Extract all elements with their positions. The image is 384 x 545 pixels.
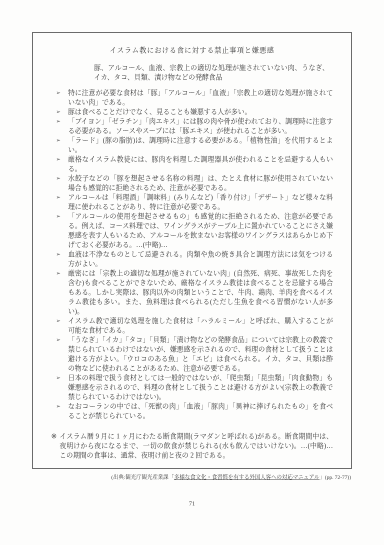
citation-prefix: (出典:観光庁観光産業課「 — [111, 475, 174, 481]
citation-line: (出典:観光庁観光産業課「多様な食文化・食習慣を有する外国人客への対応マニュアル… — [111, 474, 351, 482]
arrow-bullet-icon: ➢ — [56, 88, 61, 98]
bullet-item: ➢「うなぎ」「イカ」「タコ」「貝類」「漬け物などの発酵食品」については宗教上の教… — [51, 335, 333, 373]
bullet-text: 「ラード」(豚の脂肪)は、調理時に注意する必要がある。「植物性油」を代用するとよ… — [68, 137, 333, 154]
citation-link[interactable]: 多様な食文化・食習慣を有する外国人客への対応マニュアル — [174, 475, 320, 481]
arrow-bullet-icon: ➢ — [56, 269, 61, 279]
bullet-text: 厳密には「宗教上の適切な処理が施されていない肉」(自然死、病死、事故死した肉を含… — [68, 270, 333, 316]
bullet-item: ➢豚は食べることだけでなく、見ることも嫌悪する人が多い。 — [51, 107, 333, 117]
arrow-bullet-icon: ➢ — [56, 212, 61, 222]
arrow-bullet-icon: ➢ — [56, 402, 61, 412]
bullet-text: 「うなぎ」「イカ」「タコ」「貝類」「漬け物などの発酵食品」については宗教上の教義… — [68, 336, 333, 372]
arrow-bullet-icon: ➢ — [56, 174, 61, 184]
footnote: ※イスラム暦 9 月に 1 ヶ月にわたる断食期間(ラマダンと呼ばれる)がある。断… — [51, 432, 333, 461]
bullet-text: イスラム教で適切な処理を施した食材は「ハラルミール」と呼ばれ、購入することが可能… — [68, 317, 333, 334]
arrow-bullet-icon: ➢ — [56, 117, 61, 127]
bullet-text: 厳格なイスラム教徒には、豚肉を料理した調理器具が使われることを忌避する人もいる。 — [68, 156, 333, 173]
bullet-text: 血液は不浄なものとして忌避される。肉類や魚の焼き具合と調理方法には気をつける方が… — [68, 251, 333, 268]
bullet-text: アルコールは「料理酒」「調味料」(みりんなど)「香り付け」「デザート」など様々な… — [68, 194, 333, 211]
page-number: 71 — [0, 500, 384, 508]
bullet-item: ➢日本の料理で扱う食材としては一般的ではないが、「爬虫類」「昆虫類」「肉食動物」… — [51, 373, 333, 402]
document-title: イスラム教における食に対する禁止事項と嫌悪感 — [51, 46, 333, 56]
arrow-bullet-icon: ➢ — [56, 193, 61, 203]
bullet-text: 日本の料理で扱う食材としては一般的ではないが、「爬虫類」「昆虫類」「肉食動物」も… — [68, 374, 333, 401]
bullet-item: ➢アルコールは「料理酒」「調味料」(みりんなど)「香り付け」「デザート」など様々… — [51, 193, 333, 212]
arrow-bullet-icon: ➢ — [56, 155, 61, 165]
document-page: イスラム教における食に対する禁止事項と嫌悪感 豚、アルコール、血液、宗教上の適切… — [0, 0, 384, 545]
bullet-text: 特に注意が必要な食材は「豚」「アルコール」「血液」「宗教上の適切な処理が施されて… — [68, 89, 333, 106]
citation-suffix: 」(pp. 72-77)) — [320, 475, 351, 481]
bullet-text: 「アルコールの使用を想起させるもの」も感覚的に拒絶されるため、注意が必要である。… — [68, 213, 333, 249]
bullet-text: 水餃子などの「豚を想起させる名称の料理」は、たとえ食材に豚が使用されていない場合… — [68, 175, 333, 192]
bullet-item: ➢「アルコールの使用を想起させるもの」も感覚的に拒絶されるため、注意が必要である… — [51, 212, 333, 250]
arrow-bullet-icon: ➢ — [56, 250, 61, 260]
arrow-bullet-icon: ➢ — [56, 107, 61, 117]
bullet-text: なおコーランの中では、「死獣の肉」「血液」「豚肉」「異神に捧げられたもの」を食べ… — [68, 403, 333, 420]
bullet-item: ➢厳格なイスラム教徒には、豚肉を料理した調理器具が使われることを忌避する人もいる… — [51, 155, 333, 174]
footnote-text: イスラム暦 9 月に 1 ヶ月にわたる断食期間(ラマダンと呼ばれる)がある。断食… — [60, 433, 334, 460]
bullet-item: ➢イスラム教で適切な処理を施した食材は「ハラルミール」と呼ばれ、購入することが可… — [51, 316, 333, 335]
bullet-item: ➢特に注意が必要な食材は「豚」「アルコール」「血液」「宗教上の適切な処理が施され… — [51, 88, 333, 107]
summary-paragraph: 豚、アルコール、血液、宗教上の適切な処理が施されていない肉、うなぎ、イカ、タコ、… — [94, 63, 329, 82]
bullet-item: ➢厳密には「宗教上の適切な処理が施されていない肉」(自然死、病死、事故死した肉を… — [51, 269, 333, 317]
bullet-item: ➢「ブイヨン」「ゼラチン」「肉エキス」には豚の肉や骨が使われており、調理時に注意… — [51, 117, 333, 136]
bullet-item: ➢血液は不浄なものとして忌避される。肉類や魚の焼き具合と調理方法には気をつける方… — [51, 250, 333, 269]
bullet-item: ➢なおコーランの中では、「死獣の肉」「血液」「豚肉」「異神に捧げられたもの」を食… — [51, 402, 333, 421]
bullet-list: ➢特に注意が必要な食材は「豚」「アルコール」「血液」「宗教上の適切な処理が施され… — [51, 88, 333, 421]
bullet-text: 豚は食べることだけでなく、見ることも嫌悪する人が多い。 — [68, 108, 251, 116]
arrow-bullet-icon: ➢ — [56, 316, 61, 326]
content-box: イスラム教における食に対する禁止事項と嫌悪感 豚、アルコール、血液、宗教上の適切… — [32, 32, 352, 469]
arrow-bullet-icon: ➢ — [56, 373, 61, 383]
bullet-text: 「ブイヨン」「ゼラチン」「肉エキス」には豚の肉や骨が使われており、調理時に注意す… — [68, 118, 333, 135]
bullet-item: ➢水餃子などの「豚を想起させる名称の料理」は、たとえ食材に豚が使用されていない場… — [51, 174, 333, 193]
reference-mark-icon: ※ — [51, 432, 57, 442]
arrow-bullet-icon: ➢ — [56, 136, 61, 146]
arrow-bullet-icon: ➢ — [56, 335, 61, 345]
bullet-item: ➢「ラード」(豚の脂肪)は、調理時に注意する必要がある。「植物性油」を代用すると… — [51, 136, 333, 155]
